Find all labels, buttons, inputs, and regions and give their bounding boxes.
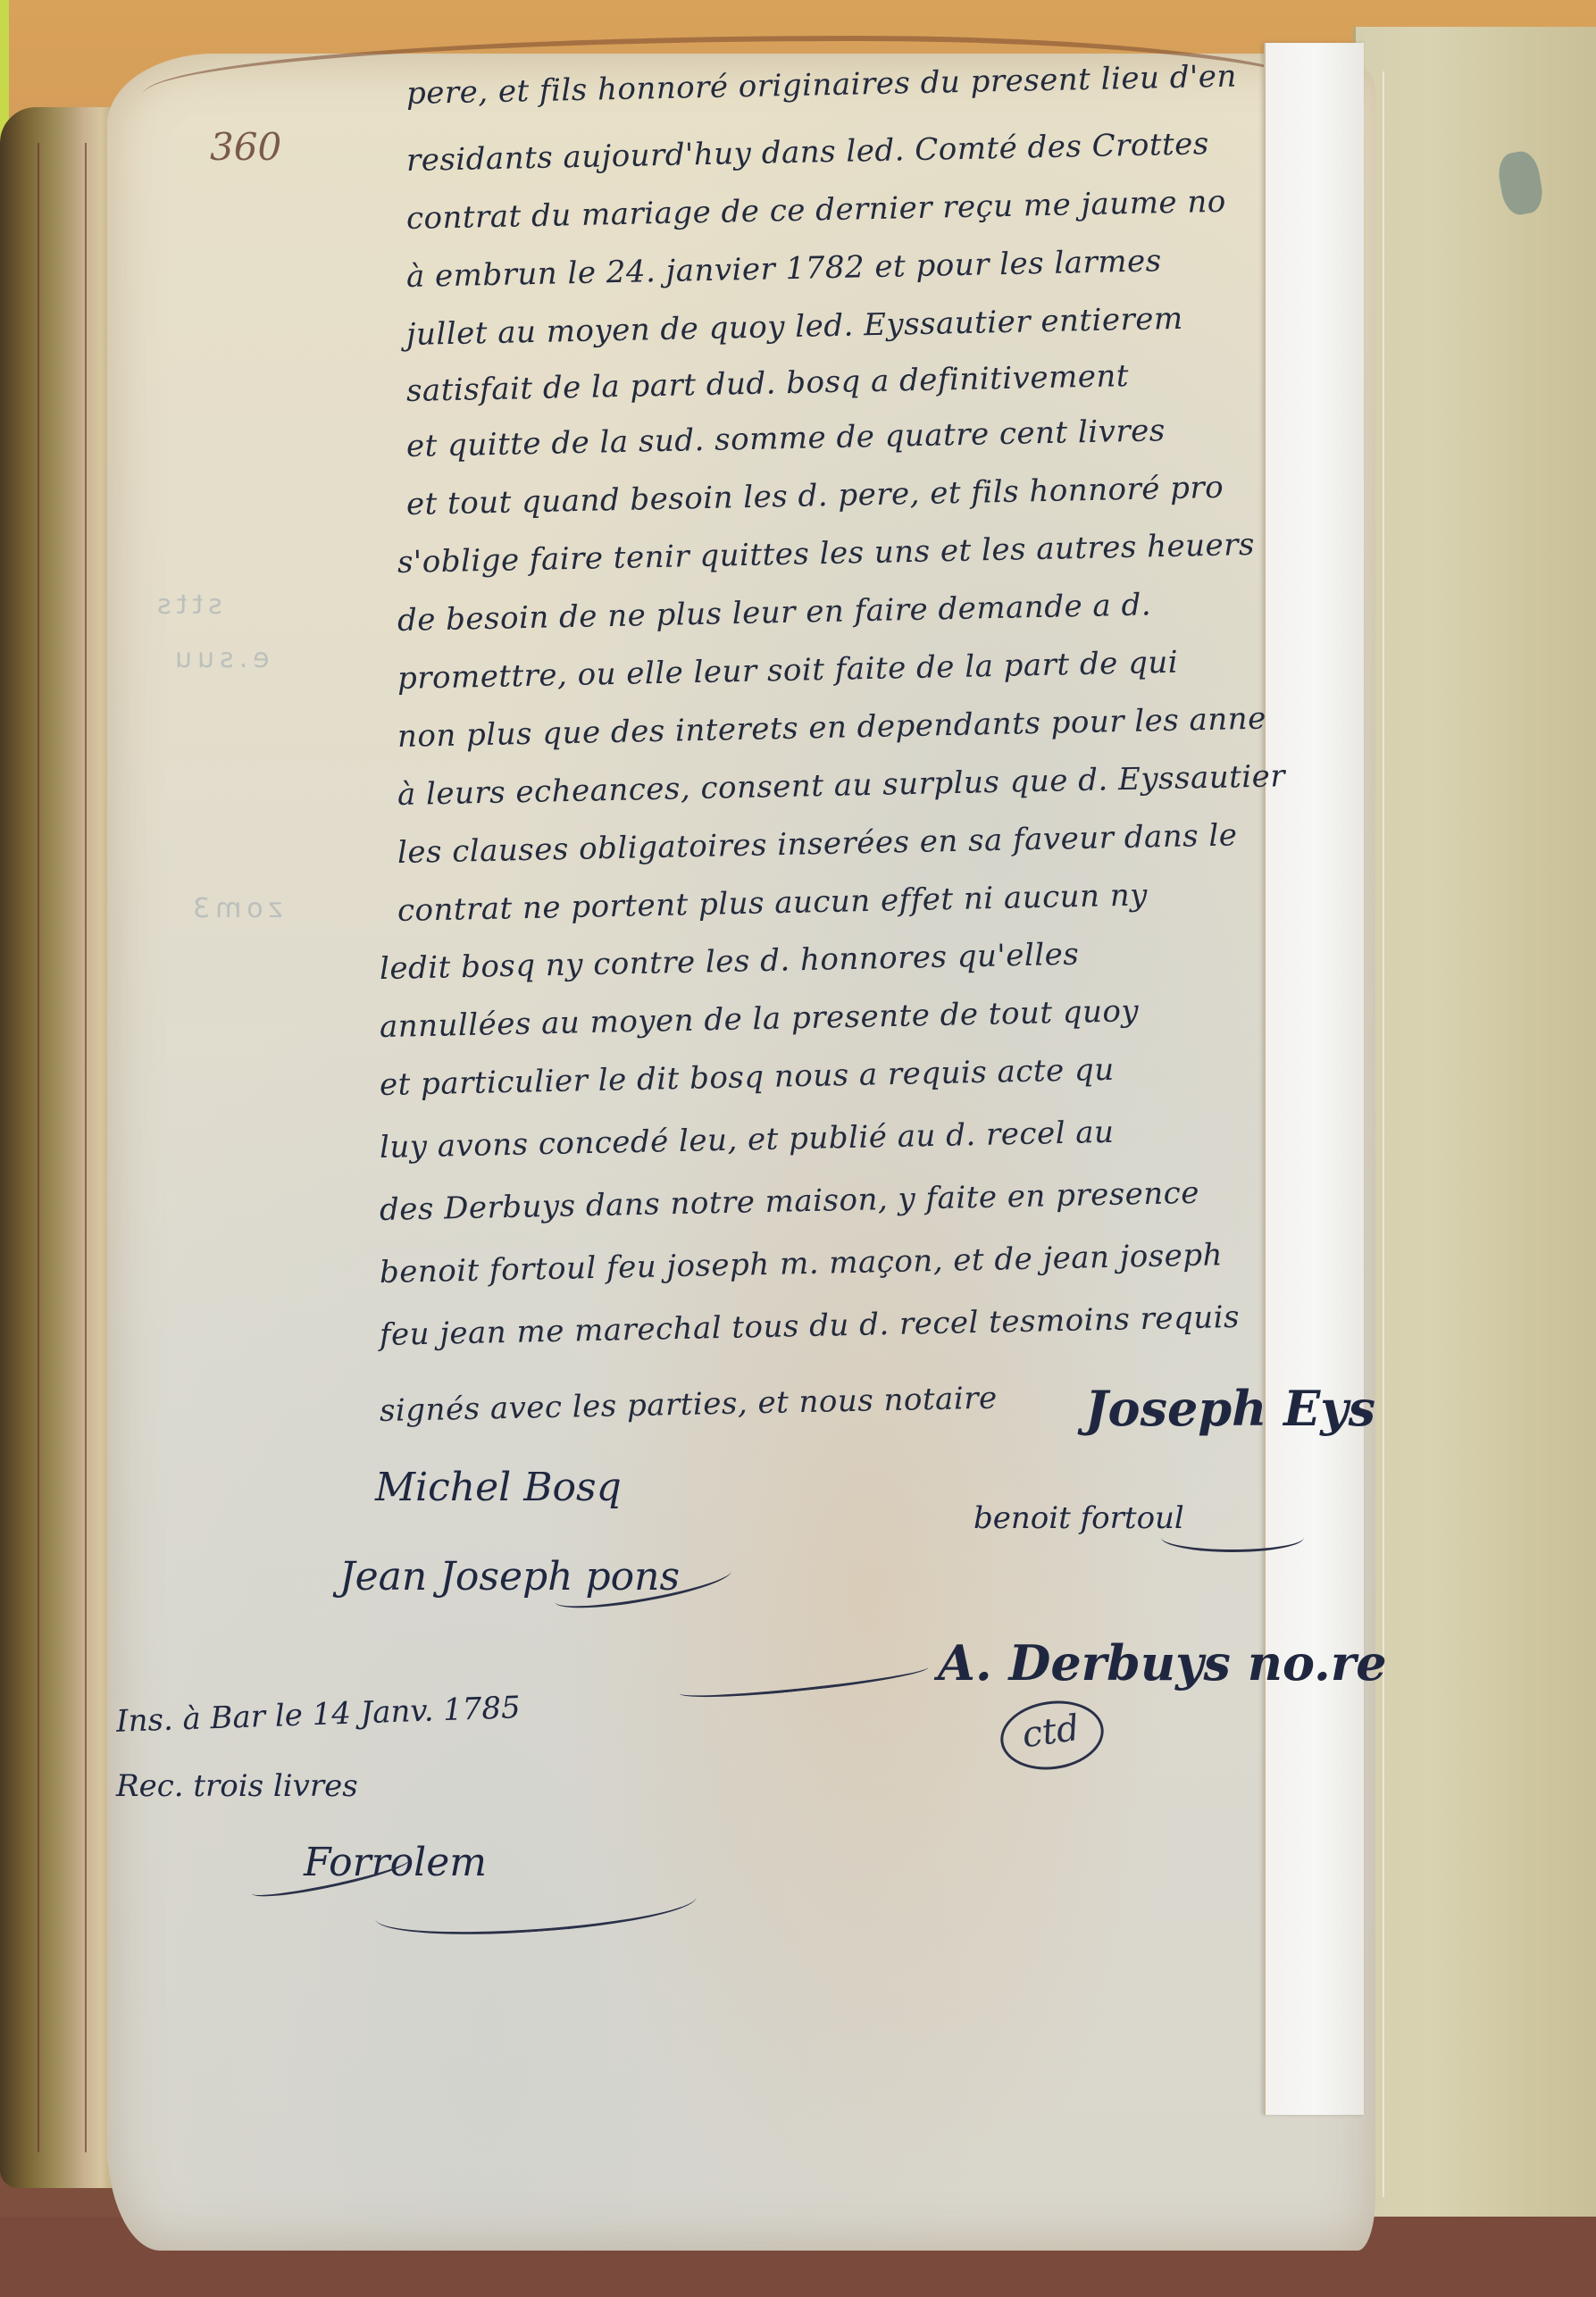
- paper-repair-strip: [1264, 43, 1364, 2115]
- page-edge-line: [38, 143, 39, 2152]
- bleed-through-text: zom3: [188, 893, 282, 924]
- bleed-through-text: stts: [152, 589, 222, 621]
- facing-page-crease: [1383, 71, 1384, 2197]
- page-edge-line: [85, 143, 87, 2152]
- registration-note-fee: Rec. trois livres: [116, 1768, 358, 1804]
- signature-benoit-fortoul: benoit fortoul: [973, 1500, 1184, 1536]
- bleed-through-text: e.suu: [170, 643, 270, 674]
- signature-flourish: [1161, 1523, 1304, 1552]
- signature-michel-bosq: Michel Bosq: [375, 1465, 622, 1510]
- signature-notary: A. Derbuys no.re: [938, 1634, 1387, 1691]
- signature-joseph: Joseph Eys: [1085, 1380, 1375, 1437]
- facing-page: [1353, 27, 1596, 2224]
- paraph-text: ctd: [1020, 1708, 1082, 1756]
- page-number: 360: [210, 125, 281, 169]
